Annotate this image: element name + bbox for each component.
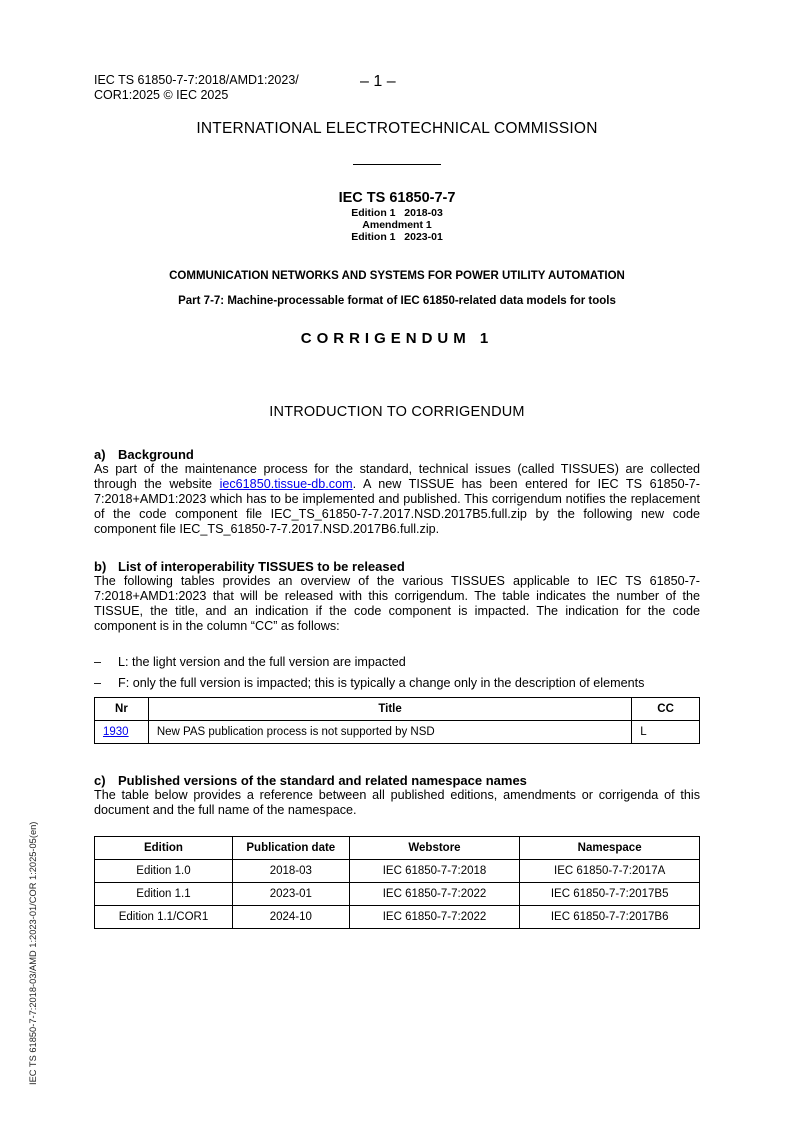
table-row: 1930 New PAS publication process is not … [95,721,700,744]
webstore-cell: IEC 61850-7-7:2022 [349,906,520,929]
column-header-edition: Edition [95,837,233,860]
namespace-cell: IEC 61850-7-7:2017B6 [520,906,700,929]
tissues-table: Nr Title CC 1930 New PAS publication pro… [94,697,700,744]
list-item: – L: the light version and the full vers… [94,655,700,670]
table-header-row: Edition Publication date Webstore Namesp… [95,837,700,860]
list-item-text: F: only the full version is impacted; th… [118,676,700,691]
separator-line [353,164,441,165]
doc-edition-line: Edition 1 2023-01 [94,231,700,243]
section-label-a: a) [94,447,118,462]
corrigendum-title: CORRIGENDUM 1 [94,330,700,347]
page-content: IEC TS 61850-7-7:2018/AMD1:2023/ COR1:20… [94,0,700,929]
section-title-c: Published versions of the standard and r… [118,773,527,788]
table-row: Edition 1.0 2018-03 IEC 61850-7-7:2018 I… [95,860,700,883]
publication-date-cell: 2024-10 [232,906,349,929]
webstore-cell: IEC 61850-7-7:2022 [349,883,520,906]
commission-title: INTERNATIONAL ELECTROTECHNICAL COMMISSIO… [94,120,700,138]
paragraph-background: As part of the maintenance process for t… [94,462,700,537]
section-label-c: c) [94,773,118,788]
document-title: COMMUNICATION NETWORKS AND SYSTEMS FOR P… [94,270,700,283]
column-header-publication-date: Publication date [232,837,349,860]
column-header-webstore: Webstore [349,837,520,860]
column-header-namespace: Namespace [520,837,700,860]
edition-cell: Edition 1.0 [95,860,233,883]
doc-amendment-line: Amendment 1 [94,219,700,231]
section-title-b: List of interoperability TISSUES to be r… [118,559,405,574]
section-heading-c: c) Published versions of the standard an… [94,773,700,788]
dash-bullet-marker: – [94,655,118,670]
introduction-title: INTRODUCTION TO CORRIGENDUM [94,404,700,421]
table-row: Edition 1.1/COR1 2024-10 IEC 61850-7-7:2… [95,906,700,929]
section-heading-b: b) List of interoperability TISSUES to b… [94,559,700,574]
webstore-cell: IEC 61850-7-7:2018 [349,860,520,883]
document-part-title: Part 7-7: Machine-processable format of … [94,295,700,308]
doc-number: IEC TS 61850-7-7 [94,190,700,207]
tissue-number-link[interactable]: 1930 [103,726,129,738]
vertical-doc-reference: IEC TS 61850-7-7:2018-03/AMD 1:2023-01/C… [28,822,39,1085]
table-header-row: Nr Title CC [95,698,700,721]
section-label-b: b) [94,559,118,574]
namespace-cell: IEC 61850-7-7:2017A [520,860,700,883]
editions-table: Edition Publication date Webstore Namesp… [94,836,700,929]
section-title-a: Background [118,447,194,462]
edition-cell: Edition 1.1/COR1 [95,906,233,929]
doc-edition-line: Edition 1 2018-03 [94,207,700,219]
list-item-text: L: the light version and the full versio… [118,655,700,670]
cc-legend-list: – L: the light version and the full vers… [94,655,700,691]
paragraph-tissues-overview: The following tables provides an overvie… [94,574,700,634]
column-header-cc: CC [632,698,700,721]
tissue-title-cell: New PAS publication process is not suppo… [148,721,631,744]
edition-cell: Edition 1.1 [95,883,233,906]
publication-date-cell: 2018-03 [232,860,349,883]
running-header: IEC TS 61850-7-7:2018/AMD1:2023/ COR1:20… [94,0,700,103]
tissue-nr-cell: 1930 [95,721,149,744]
page-number: – 1 – [360,73,396,91]
namespace-cell: IEC 61850-7-7:2017B5 [520,883,700,906]
table-row: Edition 1.1 2023-01 IEC 61850-7-7:2022 I… [95,883,700,906]
list-item: – F: only the full version is impacted; … [94,676,700,691]
tissue-db-link[interactable]: iec61850.tissue-db.com [220,477,353,491]
section-heading-a: a) Background [94,447,700,462]
publication-date-cell: 2023-01 [232,883,349,906]
doc-reference-line2: COR1:2025 © IEC 2025 [94,88,700,103]
tissue-cc-cell: L [632,721,700,744]
column-header-title: Title [148,698,631,721]
column-header-nr: Nr [95,698,149,721]
doc-reference-line1: IEC TS 61850-7-7:2018/AMD1:2023/ [94,73,700,88]
document-page: { "page": { "header": { "doc_ref_line1":… [0,0,793,1122]
dash-bullet-marker: – [94,676,118,691]
paragraph-editions-reference: The table below provides a reference bet… [94,788,700,818]
doc-id-block: IEC TS 61850-7-7 Edition 1 2018-03 Amend… [94,190,700,243]
